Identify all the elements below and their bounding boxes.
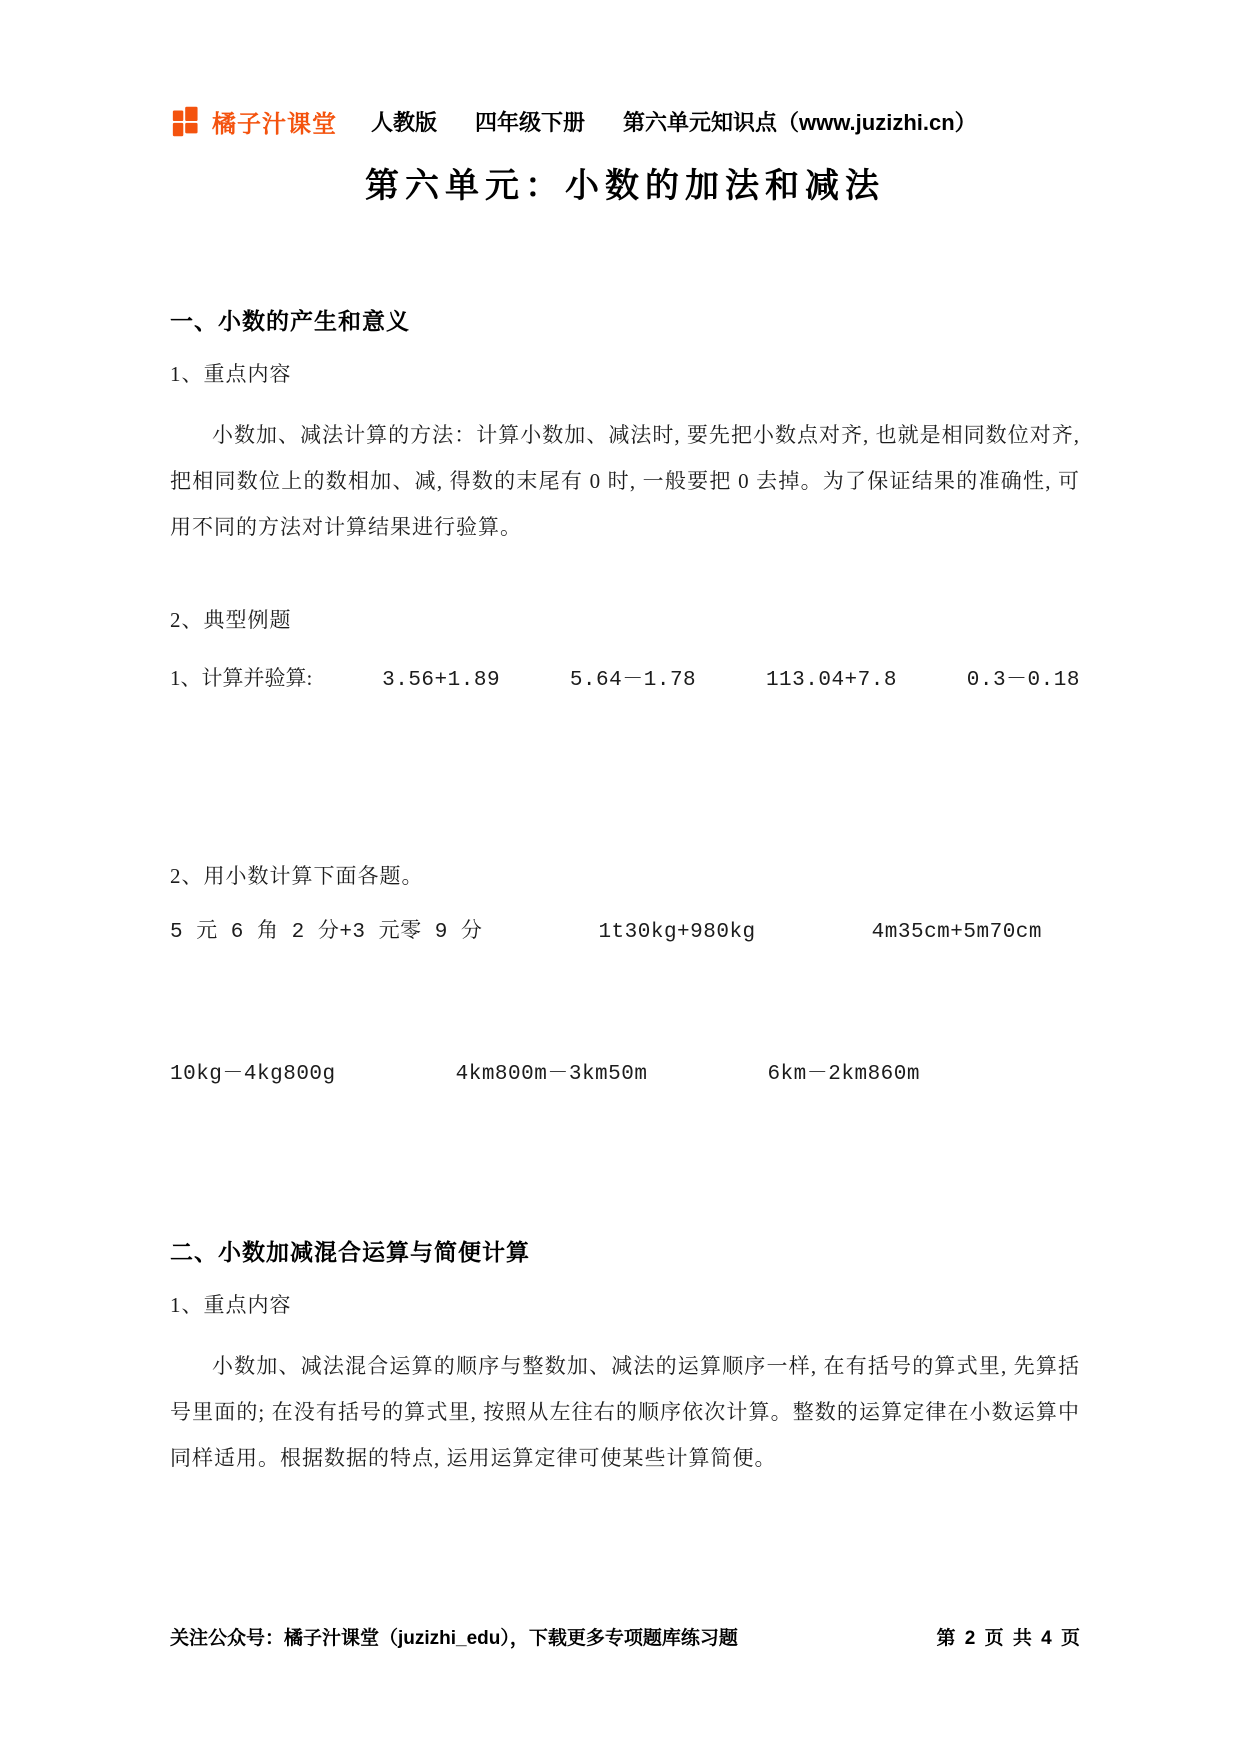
exercise1-row: 1、计算并验算: 3.56+1.89 5.64－1.78 113.04+7.8 … [170, 662, 1080, 692]
exercise1-item-1: 3.56+1.89 [382, 669, 500, 692]
exercise2-row1: 5 元 6 角 2 分+3 元零 9 分 1t30kg+980kg 4m35cm… [170, 914, 1080, 944]
document-title: 第六单元：小数的加法和减法 [170, 158, 1080, 207]
exercise1-label: 1、计算并验算: [170, 662, 312, 692]
section1-examples-label: 2、典型例题 [170, 604, 1080, 634]
section1-heading: 一、小数的产生和意义 [170, 303, 1080, 336]
exercise2-label: 2、用小数计算下面各题。 [170, 860, 1080, 890]
section2-keypoints-label: 1、重点内容 [170, 1289, 1080, 1319]
exercise2-row2: 10kg－4kg800g 4km800m－3km50m 6km－2km860m [170, 1056, 1080, 1086]
header-edition: 人教版 [371, 106, 437, 137]
page-indicator: 第 2 页 共 4 页 [936, 1623, 1082, 1650]
brand-name: 橘子汁课堂 [212, 104, 337, 139]
exercise2-row1-item-2: 1t30kg+980kg [598, 921, 755, 944]
exercise2-row2-item-1: 10kg－4kg800g [170, 1056, 336, 1086]
exercise2-row1-item-3: 4m35cm+5m70cm [872, 921, 1042, 944]
section1-keypoints-text: 小数加、减法计算的方法：计算小数加、减法时, 要先把小数点对齐, 也就是相同数位… [170, 412, 1080, 550]
exercise1-item-3: 113.04+7.8 [766, 669, 897, 692]
exercise1-item-4: 0.3－0.18 [967, 662, 1080, 692]
section1-keypoints-label: 1、重点内容 [170, 358, 1080, 388]
orange-grid-logo-icon [170, 102, 208, 140]
page-header: 橘子汁课堂 人教版 四年级下册 第六单元知识点（www.juzizhi.cn） [170, 100, 1080, 142]
header-meta: 人教版 四年级下册 第六单元知识点（www.juzizhi.cn） [371, 106, 977, 137]
footer-note: 关注公众号：橘子汁课堂（juzizhi_edu），下载更多专项题库练习题 [170, 1623, 738, 1650]
brand-logo: 橘子汁课堂 [170, 102, 337, 140]
section2-heading: 二、小数加减混合运算与简便计算 [170, 1234, 1080, 1267]
exercise2-row1-item-1: 5 元 6 角 2 分+3 元零 9 分 [170, 914, 482, 944]
exercise1-item-2: 5.64－1.78 [570, 662, 696, 692]
document-page: 橘子汁课堂 人教版 四年级下册 第六单元知识点（www.juzizhi.cn） … [0, 0, 1240, 1754]
exercise2-row2-item-2: 4km800m－3km50m [456, 1056, 648, 1086]
section2-keypoints-text: 小数加、减法混合运算的顺序与整数加、减法的运算顺序一样, 在有括号的算式里, 先… [170, 1343, 1080, 1481]
exercise2-row2-item-3: 6km－2km860m [767, 1056, 920, 1086]
header-unit-info: 第六单元知识点（www.juzizhi.cn） [623, 106, 977, 137]
header-grade: 四年级下册 [475, 106, 585, 137]
page-footer: 关注公众号：橘子汁课堂（juzizhi_edu），下载更多专项题库练习题 第 2… [170, 1623, 1082, 1650]
